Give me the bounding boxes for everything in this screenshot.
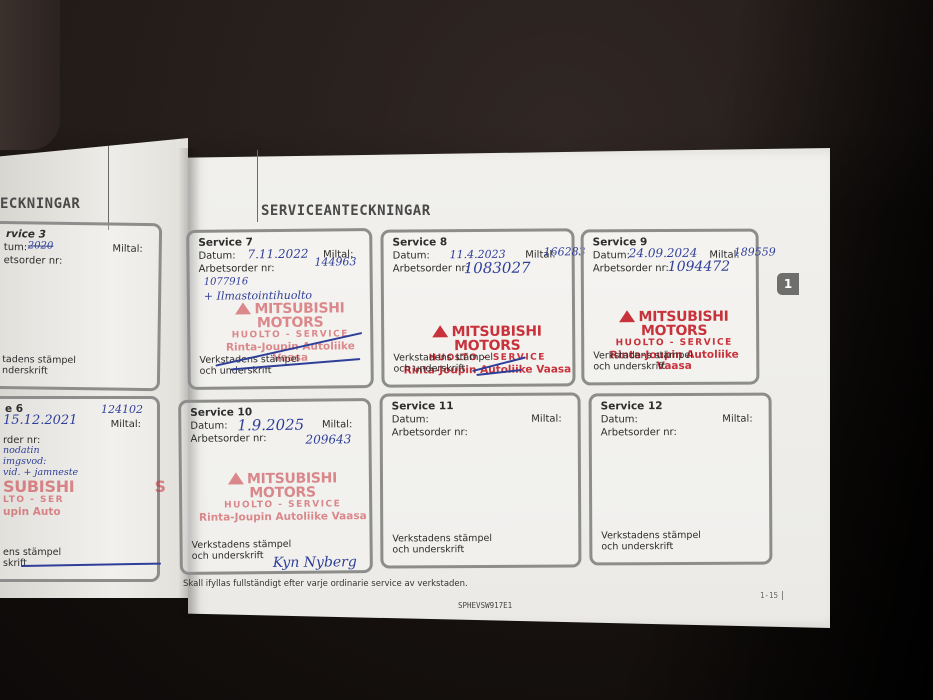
service-title: Service 12 bbox=[601, 400, 663, 412]
order-label: Arbetsorder nr: bbox=[601, 427, 677, 438]
stamp-label: Verkstadens stämpeloch underskrift bbox=[593, 350, 693, 373]
order-label: Arbetsorder nr: bbox=[593, 263, 669, 274]
note-line-1: nodatin bbox=[3, 445, 40, 456]
stamp-brand-tail: S bbox=[154, 477, 165, 496]
miltal-label: Miltal: bbox=[322, 419, 353, 430]
service-box-8: Service 8Datum:Miltal:Arbetsorder nr:11.… bbox=[380, 228, 575, 387]
miltal-value[interactable]: 189559 bbox=[734, 245, 776, 258]
miltal-value[interactable]: 144963 bbox=[314, 255, 356, 268]
page-number: 1-15 bbox=[760, 591, 783, 600]
section-tab[interactable]: 1 bbox=[777, 273, 799, 295]
datum-label: Datum: bbox=[593, 250, 630, 261]
stamp-label-line1: Verkstadens stämpel bbox=[393, 352, 493, 364]
datum-label: tum: bbox=[4, 242, 28, 253]
order-label: Arbetsorder nr: bbox=[392, 427, 468, 438]
order-value[interactable]: 1094472 bbox=[668, 259, 730, 275]
datum-value[interactable]: 1.9.2025 bbox=[237, 416, 304, 435]
stamp-label-line1: ens stämpel bbox=[3, 547, 61, 558]
stamp-dealer: upin Auto bbox=[3, 507, 166, 518]
stamp-label: Verkstadens stämpeloch underskrift bbox=[393, 352, 493, 375]
dealer-stamp: MITSUBISHI MOTORSHUOLTO - SERVICERinta-J… bbox=[196, 471, 370, 523]
service-title: Service 7 bbox=[198, 236, 253, 249]
datum-label: Datum: bbox=[198, 250, 235, 261]
stamp-brand-text: MITSUBISHI MOTORS bbox=[247, 470, 337, 501]
datum-label: Datum: bbox=[392, 414, 429, 425]
service-box-12: Service 12Datum:Miltal:Arbetsorder nr:Ve… bbox=[589, 393, 773, 566]
miltal-value[interactable]: 209643 bbox=[305, 432, 351, 446]
mitsubishi-logo-icon bbox=[228, 472, 244, 484]
mitsubishi-logo-icon bbox=[433, 325, 449, 337]
stamp-sub: LTO - SER bbox=[3, 496, 166, 505]
datum-label: Datum: bbox=[601, 414, 638, 425]
datum-value: 2020 bbox=[28, 240, 54, 251]
datum-label: Datum: bbox=[393, 250, 430, 261]
stamp-label-line1: Verkstadens stämpel bbox=[601, 530, 701, 542]
order-label: Arbetsorder nr: bbox=[190, 433, 266, 445]
stamp-label-line1: Verkstadens stämpel bbox=[392, 533, 492, 545]
left-page-title: ECKNINGAR bbox=[0, 196, 80, 212]
stamp-brand-text: MITSUBISHI MOTORS bbox=[254, 300, 344, 331]
stamp-brand-text: MITSUBISHI MOTORS bbox=[452, 324, 542, 355]
signature: Kyn Nyberg bbox=[273, 554, 357, 571]
service-box-7: Service 7Datum:Miltal:Arbetsorder nr:7.1… bbox=[186, 228, 374, 390]
stamp-brand: MITSUBISHI MOTORS bbox=[196, 471, 369, 501]
stamp-label-line2: nderskrift bbox=[2, 365, 76, 377]
miltal-value: 124102 bbox=[101, 403, 143, 416]
document-code: SPHEVSW917E1 bbox=[458, 601, 512, 610]
left-page-divider bbox=[108, 140, 188, 230]
stamp-label-line2: och underskrift bbox=[601, 541, 701, 553]
stamp-dealer: Rinta-Joupin Autoliike Vaasa bbox=[196, 511, 369, 523]
stamp-brand: MITSUBISHI MOTORS bbox=[402, 324, 572, 353]
stamp-sub: HUOLTO - SERVICE bbox=[196, 500, 369, 511]
mitsubishi-logo-icon bbox=[620, 310, 636, 322]
stamp-sub: HUOLTO - SERVICE bbox=[592, 339, 756, 349]
datum-value: 15.12.2021 bbox=[3, 413, 77, 428]
stamp-brand: MITSUBISHI MOTORS bbox=[592, 310, 756, 339]
service-box-9: Service 9Datum:Miltal:Arbetsorder nr:24.… bbox=[581, 229, 760, 386]
order-label: Arbetsorder nr: bbox=[393, 263, 469, 275]
order-label: etsorder nr: bbox=[4, 255, 63, 267]
service-title: Service 8 bbox=[392, 236, 447, 248]
service-box-6: e 6 15.12.2021 124102 Miltal: rder nr: n… bbox=[0, 396, 160, 582]
stamp-brand: SUBISHI bbox=[3, 477, 74, 496]
note-line-2: imgsvod: bbox=[3, 456, 46, 467]
order-label: Arbetsorder nr: bbox=[199, 263, 275, 275]
stamp-label-line1: Verkstadens stämpel bbox=[593, 350, 693, 362]
order-value[interactable]: 1077916 bbox=[204, 276, 249, 287]
service-box-3: rvice 3 tum: 2020 Miltal: etsorder nr: t… bbox=[0, 221, 162, 391]
miltal-label: Miltal: bbox=[112, 244, 143, 255]
page-title: SERVICEANTECKNINGAR bbox=[261, 203, 431, 219]
stamp-brand: MITSUBISHI MOTORS bbox=[210, 301, 370, 331]
stamp-label-line2: och underskrift bbox=[593, 361, 693, 373]
order-value[interactable]: 1083027 bbox=[464, 259, 531, 277]
stamp-label: Verkstadens stämpeloch underskrift bbox=[601, 530, 701, 553]
stamp-label: tadens stämpel nderskrift bbox=[2, 354, 76, 377]
stamp-brand-text: MITSUBISHI MOTORS bbox=[638, 309, 728, 339]
miltal-label: Miltal: bbox=[722, 414, 752, 425]
stamp-label-line2: och underskrift bbox=[392, 544, 492, 556]
datum-label: Datum: bbox=[190, 420, 227, 431]
miltal-value[interactable]: 166283 bbox=[544, 245, 586, 258]
stamp-label: Verkstadens stämpeloch underskrift bbox=[392, 533, 492, 556]
footer-instruction: Skall ifyllas fullständigt efter varje o… bbox=[183, 579, 468, 589]
header-divider bbox=[257, 150, 258, 222]
miltal-label: Miltal: bbox=[111, 419, 141, 430]
service-box-11: Service 11Datum:Miltal:Arbetsorder nr:Ve… bbox=[380, 392, 582, 568]
service-box-10: Service 10Datum:Miltal:Arbetsorder nr:1.… bbox=[178, 398, 373, 575]
stamp-label-line1: Verkstadens stämpel bbox=[192, 539, 292, 551]
dealer-stamp: SUBISHIS LTO - SER upin Auto bbox=[3, 479, 166, 518]
miltal-label: Miltal: bbox=[531, 414, 561, 425]
datum-value[interactable]: 7.11.2022 bbox=[247, 247, 308, 262]
mitsubishi-logo-icon bbox=[235, 302, 251, 314]
service-title: rvice 3 bbox=[6, 228, 46, 241]
service-title: Service 11 bbox=[392, 400, 454, 412]
